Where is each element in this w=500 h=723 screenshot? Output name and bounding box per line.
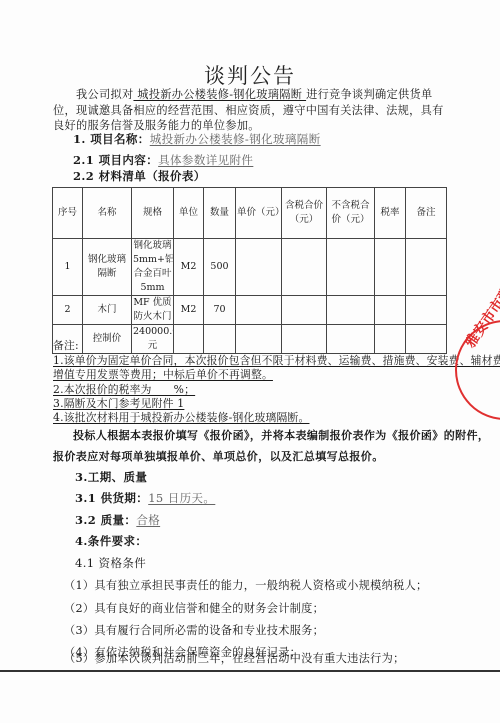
note-item-4: 4.该批次材料用于城投新办公楼装修-钢化玻璃隔断。: [53, 410, 309, 425]
cell-empty: [327, 325, 375, 354]
note-item-2: 2.本次报价的税率为 %；: [53, 382, 195, 397]
delivery-label: 3.1 供货期：: [75, 491, 148, 505]
cell-unit-price[interactable]: [236, 239, 282, 296]
section-2-1-value: 具体参数详见附件: [158, 153, 253, 167]
header-unit: 单位: [174, 188, 204, 239]
cell-total-with-tax[interactable]: [282, 239, 327, 296]
cell-total-without-tax[interactable]: [327, 239, 375, 296]
bid-instruction-line-1: 投标人根据本表报价填写《报价函》，并将本表编制报价表作为《报价函》的附件，: [73, 427, 489, 443]
header-spec: 规格: [132, 188, 174, 239]
section-3-1-delivery: 3.1 供货期：15 日历天。: [75, 490, 215, 506]
cell-tax-rate[interactable]: [375, 296, 406, 325]
header-total-without-tax: 不含税合价（元）: [327, 188, 375, 239]
table-row-control-price: 控制价 240000.00元: [53, 325, 447, 354]
cell-no: 1: [53, 239, 83, 296]
section-3-2-quality: 3.2 质量：合格: [75, 512, 160, 528]
cell-remark[interactable]: [406, 239, 447, 296]
section-1-project-name: 1. 项目名称：城投新办公楼装修-钢化玻璃隔断: [73, 131, 321, 147]
cell-no: 2: [53, 296, 83, 325]
condition-item-3: （3）具有履行合同所必需的设备和专业技术服务；: [64, 622, 324, 638]
header-unit-price: 单价（元）: [236, 188, 282, 239]
note-item-1: 1.该单价为固定单价合同，本次报价包含但不限于材料费、运输费、措施费、安装费、辅…: [53, 353, 500, 368]
intro-paragraph: 我公司拟对 城投新办公楼装修-钢化玻璃隔断 进行竞争谈判确定供货单位，现诚邀具备…: [53, 87, 448, 134]
section-4-label: 4.条件要求：: [75, 533, 147, 549]
bid-instruction-line-2: 报价表应对每项单独填报单价、单项总价，以及汇总填写总报价。: [53, 448, 384, 464]
cell-unit: M2: [174, 296, 204, 325]
section-4-1-label: 4.1 资格条件: [75, 555, 146, 571]
document-title: 谈判公告: [0, 60, 500, 90]
intro-project-name: 城投新办公楼装修-钢化玻璃隔断: [133, 88, 306, 101]
cell-empty: [236, 325, 282, 354]
section-2-1-label: 2.1 项目内容：: [73, 153, 158, 167]
cell-empty: [375, 325, 406, 354]
document-page: 谈判公告 我公司拟对 城投新办公楼装修-钢化玻璃隔断 进行竞争谈判确定供货单位，…: [0, 0, 500, 723]
header-total-with-tax: 含税合价（元）: [282, 188, 327, 239]
cell-unit: M2: [174, 239, 204, 296]
quality-value: 合格: [136, 513, 160, 527]
table-row: 2 木门 MF 优质防火木门 M2 70: [53, 296, 447, 325]
cell-total-with-tax[interactable]: [282, 296, 327, 325]
cell-spec: 钢化玻璃5mm+铝合金百叶 5mm: [132, 239, 174, 296]
note-item-1-cont: 增值专用发票等费用；中标后单价不再调整。: [53, 367, 273, 382]
section-2-2-label: 2.2 材料清单（报价表）: [73, 168, 206, 184]
cell-empty: [406, 325, 447, 354]
cell-name: 钢化玻璃隔断: [83, 239, 132, 296]
section-3-label: 3.工期、质量: [75, 469, 147, 485]
table-header-row: 序号 名称 规格 单位 数量 单价（元） 含税合价（元） 不含税合价（元） 税率…: [53, 188, 447, 239]
quote-table: 序号 名称 规格 单位 数量 单价（元） 含税合价（元） 不含税合价（元） 税率…: [52, 187, 447, 354]
page-divider: [0, 670, 500, 672]
note-item-3: 3.隔断及木门参考见附件 1: [53, 396, 184, 411]
control-price-label: 控制价: [83, 325, 132, 354]
cell-qty: 500: [204, 239, 236, 296]
header-no: 序号: [53, 188, 83, 239]
header-tax-rate: 税率: [375, 188, 406, 239]
quality-label: 3.2 质量：: [75, 513, 136, 527]
condition-item-1: （1）具有独立承担民事责任的能力，一般纳税人资格或小规模纳税人；: [64, 577, 428, 593]
cell-name: 木门: [83, 296, 132, 325]
delivery-value: 15 日历天。: [148, 491, 215, 505]
cell-remark[interactable]: [406, 296, 447, 325]
cell-empty: [282, 325, 327, 354]
condition-item-2: （2）具有良好的商业信誉和健全的财务会计制度；: [64, 600, 324, 616]
control-price-value: 240000.00元: [132, 325, 174, 354]
cell-spec: MF 优质防火木门: [132, 296, 174, 325]
header-name: 名称: [83, 188, 132, 239]
notes-heading: 备注:: [53, 338, 79, 353]
table-row: 1 钢化玻璃隔断 钢化玻璃5mm+铝合金百叶 5mm M2 500: [53, 239, 447, 296]
section-2-1-content: 2.1 项目内容：具体参数详见附件: [73, 152, 253, 168]
header-qty: 数量: [204, 188, 236, 239]
condition-item-5: （5）参加本次谈判活动前三年，在经营活动中没有重大违法行为；: [64, 650, 405, 666]
section-1-value: 城投新办公楼装修-钢化玻璃隔断: [150, 132, 321, 146]
cell-total-without-tax[interactable]: [327, 296, 375, 325]
cell-empty: [204, 325, 236, 354]
header-remark: 备注: [406, 188, 447, 239]
section-1-label: 1. 项目名称：: [73, 132, 150, 146]
cell-qty: 70: [204, 296, 236, 325]
cell-unit-price[interactable]: [236, 296, 282, 325]
cell-empty: [174, 325, 204, 354]
intro-prefix: 我公司拟对: [76, 88, 133, 101]
cell-tax-rate[interactable]: [375, 239, 406, 296]
